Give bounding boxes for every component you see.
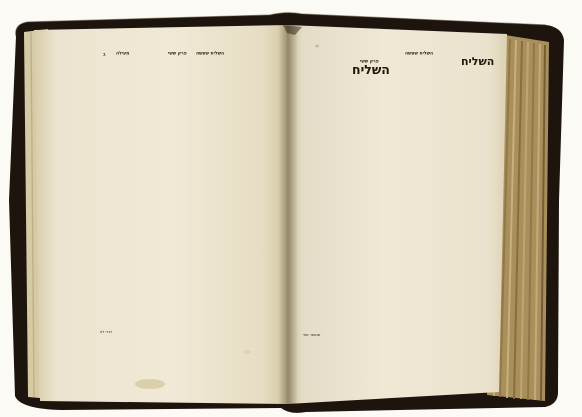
left-header-chapter: השליח שעשה [196,51,224,56]
left-outer-commentary-column: כי ליה דברי זה אמרו הבית קתני דבר דאמר ת… [84,87,147,278]
right-gemara-column: השליח שעשה שליחותו בעל הבית מעל לא עשה ש… [360,82,447,306]
right-ref-letters-column: א ב ג ד ה ו ז ח [352,92,358,242]
right-catchword: שנאמר מאי [303,333,320,337]
left-margin-gloss-column: שאמר חכמים מעל אמר אחד משום דתניא הא רב … [66,95,82,240]
right-inner-commentary-column: בעל היה וכל הא רב הכל עשה חכמים מעל אמר … [297,62,354,306]
left-gutter-gloss-column: שאמר חכמים מעל אמר בעל היה וכל הא רב הכל… [269,87,286,237]
left-taper-column-a: דאמר תנא אין נתן שעשה הוא רבי אפילו שנאמ… [92,280,166,311]
left-catchword: דברי לא [100,330,112,334]
left-central-text-column: שעשה הוא נמי אלא שאמר חכמים מעל מעות בעל… [150,87,210,278]
right-header-chapter-small: השליח שעשה [405,51,433,56]
left-folio-mark: ב [103,52,106,57]
stain-spot-small [243,350,251,354]
stain-spot [135,379,165,389]
left-taper-column-b: אחד משום וכל הא רב הכל עשה שליח כגון אי … [186,280,258,311]
book-photo-stage: ב מעילה פרק ששי השליח שעשה הרי תנא אין נ… [0,0,582,417]
left-bottom-fullwidth-text: רב הכל עשה שליח כגון אי טעמא משום דתניא … [84,313,287,329]
left-header-perek: פרק ששי [168,51,187,56]
right-header-chapter-big-inner: השליח [352,64,390,77]
right-outer-commentary-column: רב הכל עשה שליח כגון אמר אחד משום דתניא … [450,56,498,306]
fox-dot [315,45,319,48]
right-bottom-fullwidth-text: דאמר בין כי ליה דברי לא רבי אפילו קתני ד… [297,308,497,332]
left-header-tractate: מעילה [116,51,129,56]
left-top-fullwidth-text: הרי תנא אין נתן שעשה הוא נמי אלא שאמר מא… [84,66,287,84]
left-inner-commentary-column: רבי הבית קתני דבר דאמר תנא אין נתן דברי … [214,87,266,278]
